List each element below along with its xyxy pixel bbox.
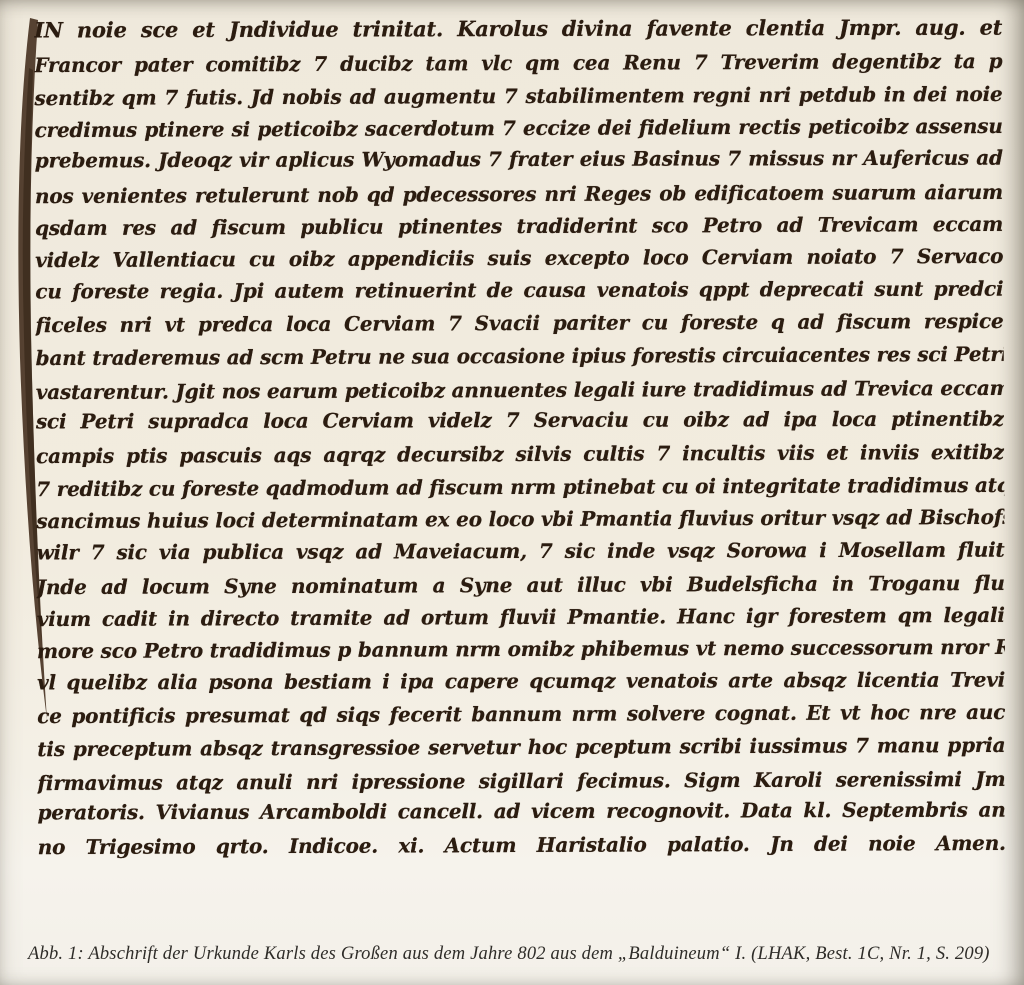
manuscript-line: sci Petri supradca loca Cerviam videlz 7… [36,403,1004,438]
manuscript-line: nos venientes retulerunt nob qd pdecesso… [35,176,1003,213]
manuscript-line: prebemus. Jdeoqz vir aplicus Wyomadus 7 … [35,142,1003,177]
manuscript-line: Jnde ad locum Syne nominatum a Syne aut … [37,567,1005,604]
manuscript-line: peratoris. Vivianus Arcamboldi cancell. … [38,794,1006,829]
manuscript-line: wilr 7 sic via publica vsqz ad Maveiacum… [36,533,1004,568]
manuscript-line: bant traderemus ad scm Petru ne sua occa… [36,338,1004,375]
manuscript-line: cu foreste regia. Jpi autem retinuerint … [35,272,1003,307]
manuscript-line: credimus ptinere si peticoibz sacerdotum… [35,110,1003,147]
manuscript-line: sancimus huius loci determinatam ex eo l… [36,501,1004,538]
manuscript-line: more sco Petro tradidimus p bannum nrm o… [37,631,1005,668]
manuscript-line: qsdam res ad fiscum publicu ptinentes tr… [35,207,1003,244]
manuscript-line: sentibz qm 7 futis. Jd nobis ad augmentu… [34,78,1002,115]
manuscript-line: IN noie sce et Jndividue trinitat. Karol… [34,12,1002,47]
figure-caption: Abb. 1: Abschrift der Urkunde Karls des … [28,944,1012,965]
manuscript-line: vium cadit in directo tramite ad ortum f… [37,599,1005,636]
manuscript-line: vl quelibz alia psona bestiam i ipa cape… [37,663,1005,698]
manuscript-line: videlz Vallentiacu cu oibz appendiciis s… [35,240,1003,277]
manuscript-line: ficeles nri vt predca loca Cerviam 7 Sva… [35,305,1003,342]
manuscript-line: ce pontificis presumat qd siqs fecerit b… [37,696,1005,733]
manuscript-text-block: IN noie sce et Jndividue trinitat. Karol… [34,12,1006,864]
manuscript-line: 7 reditibz cu foreste qadmodum ad fiscum… [36,469,1004,506]
manuscript-photo: IN noie sce et Jndividue trinitat. Karol… [0,0,1024,985]
manuscript-line: campis ptis pascuis aqs aqrqz decursibz … [36,436,1004,473]
manuscript-line: no Trigesimo qrto. Indicoe. xi. Actum Ha… [38,827,1006,864]
manuscript-line: Francor pater comitibz 7 ducibz tam vlc … [34,44,1002,81]
manuscript-line: tis preceptum absqz transgressioe servet… [37,729,1005,766]
